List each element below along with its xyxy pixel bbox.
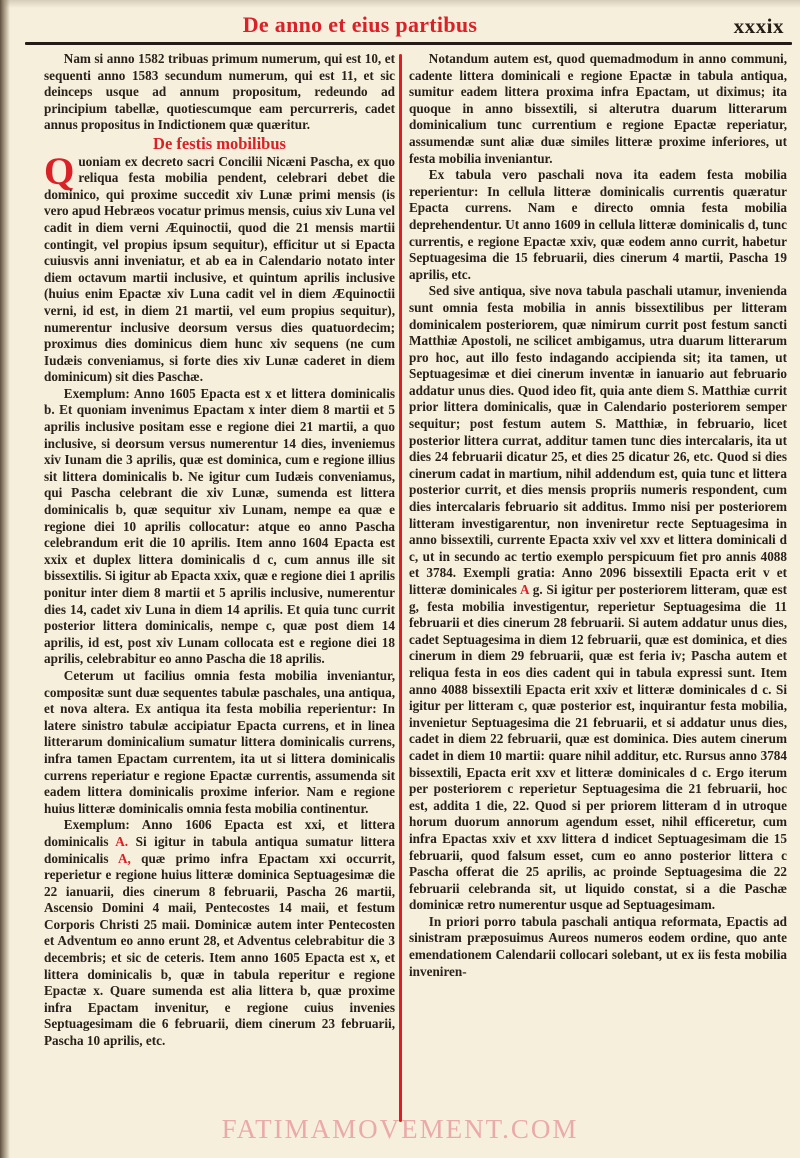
page-number: xxxix — [734, 14, 784, 39]
page-header: De anno et eius partibus xxxix — [0, 8, 800, 42]
text-run: In priori porro tabula paschali antiqua … — [409, 914, 787, 979]
paragraph: Exemplum: Anno 1605 Epacta est x et litt… — [44, 386, 395, 668]
header-rule — [25, 42, 792, 45]
red-letter: A, — [118, 851, 131, 866]
column-divider — [399, 54, 402, 1122]
paragraph: In priori porro tabula paschali antiqua … — [409, 914, 787, 980]
scan-edge-shadow — [0, 0, 10, 1158]
text-run: Sed sive antiqua, sive nova tabula pasch… — [409, 283, 787, 597]
paragraph: Ex tabula vero paschali nova ita eadem f… — [409, 167, 787, 283]
red-letter: A — [520, 582, 529, 597]
text-run: Ceterum ut facilius omnia festa mobilia … — [44, 668, 395, 816]
paragraph: Nam si anno 1582 tribuas primum numerum,… — [44, 51, 395, 134]
paragraph: Notandum autem est, quod quemadmodum in … — [409, 51, 787, 167]
red-letter: A. — [115, 834, 128, 849]
text-run: Nam si anno 1582 tribuas primum numerum,… — [44, 51, 395, 132]
paragraph: Ceterum ut facilius omnia festa mobilia … — [44, 668, 395, 817]
text-run: uoniam ex decreto sacri Concilii Nicæni … — [44, 154, 395, 385]
text-column-right: Notandum autem est, quod quemadmodum in … — [409, 51, 787, 1123]
text-column-left: Nam si anno 1582 tribuas primum numerum,… — [44, 51, 395, 1123]
paragraph: Exemplum: Anno 1606 Epacta est xxi, et l… — [44, 817, 395, 1049]
text-run: Notandum autem est, quod quemadmodum in … — [409, 51, 787, 166]
text-run: Ex tabula vero paschali nova ita eadem f… — [409, 167, 787, 282]
text-run: g. Si igitur per posteriorem litteram, q… — [409, 582, 787, 912]
section-heading: De festis mobilibus — [44, 136, 395, 153]
text-run: Exemplum: Anno 1605 Epacta est x et litt… — [44, 386, 395, 667]
drop-cap: Q — [44, 154, 78, 187]
paragraph: Quoniam ex decreto sacri Concilii Nicæni… — [44, 154, 395, 386]
scan-top-shadow — [0, 0, 800, 8]
page-title: De anno et eius partibus — [0, 12, 720, 38]
text-run: quæ primo infra Epactam xxi occurrit, re… — [44, 851, 395, 1049]
watermark: FATIMAMOVEMENT.COM — [0, 1114, 800, 1145]
paragraph: Sed sive antiqua, sive nova tabula pasch… — [409, 283, 787, 914]
